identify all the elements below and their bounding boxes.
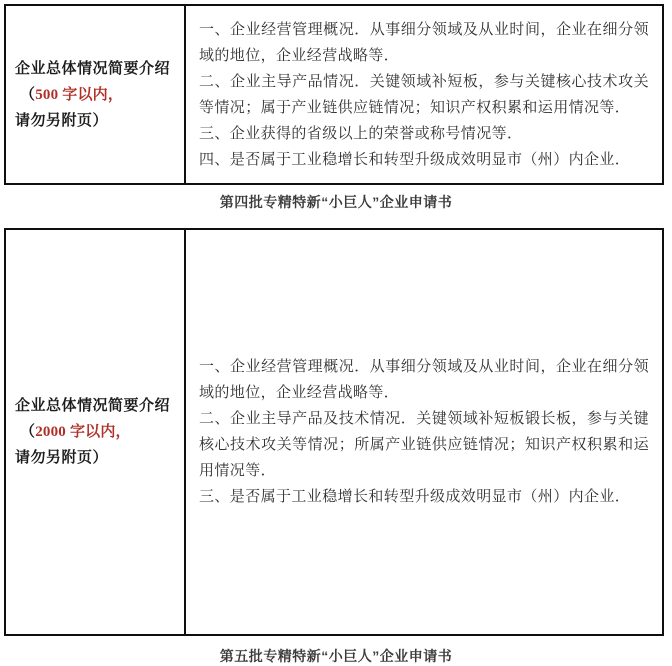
instruction-item: 二、企业主导产品情况．关键领域补短板，参与关键核心技术攻关等情况；属于产业链供应… bbox=[199, 69, 649, 121]
application-form-table-batch4: 企业总体情况简要介绍 （500 字以内， 请勿另附页） 一、企业经营管理概况．从… bbox=[4, 4, 664, 185]
table-caption-batch5: 第五批专精特新“小巨人”企业申请书 bbox=[0, 646, 672, 666]
word-limit-line: （500 字以内， bbox=[20, 82, 178, 108]
label-cell: 企业总体情况简要介绍 （2000 字以内， 请勿另附页） bbox=[6, 230, 186, 634]
paren-open: （ bbox=[20, 424, 35, 440]
application-form-table-batch5: 企业总体情况简要介绍 （2000 字以内， 请勿另附页） 一、企业经营管理概况．… bbox=[4, 228, 664, 636]
word-limit-red: 2000 字以内， bbox=[35, 424, 131, 440]
label-title: 企业总体情况简要介绍 bbox=[15, 56, 178, 82]
word-limit-line: （2000 字以内， bbox=[20, 419, 178, 445]
instruction-item: 四、是否属于工业稳增长和转型升级成效明显市（州）内企业． bbox=[199, 147, 649, 173]
no-attachment-note: 请勿另附页） bbox=[15, 108, 178, 134]
instructions-cell: 一、企业经营管理概况．从事细分领域及从业时间，企业在细分领域的地位，企业经营战略… bbox=[186, 230, 662, 634]
instruction-item: 一、企业经营管理概况．从事细分领域及从业时间，企业在细分领域的地位，企业经营战略… bbox=[199, 354, 649, 406]
instruction-item: 三、是否属于工业稳增长和转型升级成效明显市（州）内企业． bbox=[199, 484, 649, 510]
table-caption-batch4: 第四批专精特新“小巨人”企业申请书 bbox=[0, 192, 672, 212]
instructions-cell: 一、企业经营管理概况．从事细分领域及从业时间，企业在细分领域的地位，企业经营战略… bbox=[186, 6, 662, 183]
paren-open: （ bbox=[20, 87, 35, 103]
instruction-item: 一、企业经营管理概况．从事细分领域及从业时间，企业在细分领域的地位，企业经营战略… bbox=[199, 17, 649, 69]
label-title: 企业总体情况简要介绍 bbox=[15, 393, 178, 419]
instruction-item: 三、企业获得的省级以上的荣誉或称号情况等． bbox=[199, 121, 649, 147]
word-limit-red: 500 字以内， bbox=[35, 87, 123, 103]
no-attachment-note: 请勿另附页） bbox=[15, 445, 178, 471]
label-cell: 企业总体情况简要介绍 （500 字以内， 请勿另附页） bbox=[6, 6, 186, 183]
instruction-item: 二、企业主导产品及技术情况．关键领域补短板锻长板，参与关键核心技术攻关等情况；所… bbox=[199, 406, 649, 484]
